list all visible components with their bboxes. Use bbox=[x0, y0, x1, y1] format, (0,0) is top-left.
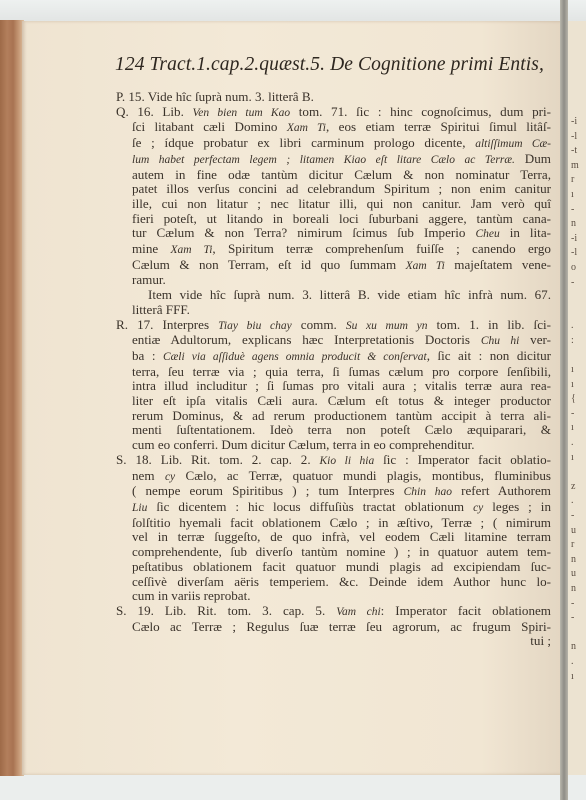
text-line: R. 17. Interpres Tiay biu chay comm. Su … bbox=[116, 318, 551, 334]
italic-term: Chin hao bbox=[404, 486, 452, 498]
facing-page-fragment: - bbox=[571, 203, 585, 218]
running-head-title: Tract.1.cap.2.quæst.5. De Cognitione pri… bbox=[150, 54, 544, 75]
facing-page-fragment bbox=[571, 305, 585, 320]
italic-term: Liu bbox=[132, 502, 147, 514]
text-line: S. 18. Lib. Rit. tom. 2. cap. 2. Kio li … bbox=[116, 453, 551, 469]
text-line: cum in variis reprobat. bbox=[116, 589, 551, 604]
facing-page-fragment: : bbox=[571, 334, 585, 349]
text-line: autem in fine odæ tantùm dicitur Cælum &… bbox=[116, 168, 551, 183]
facing-page-fragment: m bbox=[571, 159, 585, 174]
page-number: 124 bbox=[115, 54, 145, 75]
facing-page-fragment bbox=[571, 465, 585, 480]
text-line: Liu ſic dicentem : hic locus diffuſiùs t… bbox=[116, 500, 551, 516]
text-line: patet illos verſus concini ad celebrandu… bbox=[116, 182, 551, 197]
paragraph-r-17: R. 17. Interpres Tiay biu chay comm. Su … bbox=[116, 318, 551, 453]
text-line: Cælum & non Terram, eſt id quo ſummam Xa… bbox=[116, 258, 551, 274]
page-body-text: P. 15. Vide hîc ſuprà num. 3. litterâ B.… bbox=[116, 90, 551, 649]
facing-page-fragment: - bbox=[571, 611, 585, 626]
paragraph-label: Q. 16. bbox=[116, 104, 162, 119]
facing-page-fragment: - bbox=[571, 276, 585, 291]
scan-background-bottom bbox=[0, 774, 586, 800]
book-gutter bbox=[560, 0, 568, 800]
text-line: vel in terræ ſuggeſto, de quo infrà, vel… bbox=[116, 530, 551, 545]
italic-term: Tiay biu chay bbox=[218, 320, 292, 332]
italic-term: altiſſimum Cæ- bbox=[475, 138, 551, 150]
facing-page-fragment: - bbox=[571, 407, 585, 422]
text-line: ba : Cæli via aſſiduè agens omnia produc… bbox=[116, 349, 551, 365]
facing-page-fragment: -i bbox=[571, 232, 585, 247]
facing-page-fragment: ı bbox=[571, 451, 585, 466]
facing-page-fragment: ı bbox=[571, 670, 585, 685]
italic-term: Cæli via aſſiduè agens omnia producit & … bbox=[163, 351, 427, 363]
running-head: 124 Tract.1.cap.2.quæst.5. De Cognitione… bbox=[115, 54, 560, 76]
text-line: mine Xam Ti, Spiritum terræ comprehenſum… bbox=[116, 242, 551, 258]
text-line: ceſſivè diverſam aëris temperiem. &c. De… bbox=[116, 575, 551, 590]
catchword: tui ; bbox=[116, 634, 551, 649]
text-line: ſe ; ídque probatur ex libri carminum pr… bbox=[116, 136, 551, 152]
facing-page-fragment: ı bbox=[571, 378, 585, 393]
facing-page-fragment: . bbox=[571, 319, 585, 334]
facing-page-fragment bbox=[571, 290, 585, 305]
facing-page-fragment: r bbox=[571, 538, 585, 553]
facing-page-fragment: r bbox=[571, 173, 585, 188]
text-line: litterâ FFF. bbox=[116, 303, 551, 318]
text-line: fieri poteſt, ut litando in boreali loci… bbox=[116, 212, 551, 227]
facing-page-text-fragments: -i-l-tmrı-n-i-lo- .: ıı{-ı.ı z.-urnun-- … bbox=[571, 115, 585, 684]
paragraph-label: S. 18. bbox=[116, 452, 161, 467]
facing-page-fragment: n bbox=[571, 217, 585, 232]
text-line: S. 19. Lib. Rit. tom. 3. cap. 5. Vam chi… bbox=[116, 604, 551, 620]
facing-page-fragment: ı bbox=[571, 363, 585, 378]
text-line: peſtatibus oblationem facit quatuor mund… bbox=[116, 560, 551, 575]
paragraph-q-16: Q. 16. Lib. Ven bien tum Kao tom. 71. ſi… bbox=[116, 105, 551, 318]
text-line: P. 15. Vide hîc ſuprà num. 3. litterâ B. bbox=[116, 90, 551, 105]
text-line: ille, cui non litatur ; nec litatur illi… bbox=[116, 197, 551, 212]
facing-page-fragment: o bbox=[571, 261, 585, 276]
facing-page-fragment: . bbox=[571, 494, 585, 509]
text-line: menti ſuſtentationem. Ideò terra non pot… bbox=[116, 423, 551, 438]
facing-page-fragment: - bbox=[571, 509, 585, 524]
italic-term: Cheu bbox=[475, 228, 499, 240]
text-line: nem cy Cælo, ac Terræ, quatuor mundi pla… bbox=[116, 469, 551, 485]
facing-page-fragment: ı bbox=[571, 188, 585, 203]
text-line: terra, ſeu terræ via ; quia terra, ſi ſu… bbox=[116, 365, 551, 380]
book-page-edges bbox=[0, 20, 24, 776]
paragraph-s-18: S. 18. Lib. Rit. tom. 2. cap. 2. Kio li … bbox=[116, 453, 551, 604]
facing-page-fragment bbox=[571, 626, 585, 641]
facing-page-fragment: n bbox=[571, 553, 585, 568]
text-line: rerum Dominus, & ad rerum productionem t… bbox=[116, 409, 551, 424]
text-line: ſci litabant cæli Domino Xam Ti, eos eti… bbox=[116, 120, 551, 136]
italic-term: Chu hi bbox=[481, 335, 520, 347]
text-line: entiæ Adultorum, explicans hæc Interpret… bbox=[116, 333, 551, 349]
italic-term: Su xu mum yn bbox=[346, 320, 428, 332]
paragraph-s-19: S. 19. Lib. Rit. tom. 3. cap. 5. Vam chi… bbox=[116, 604, 551, 649]
paragraph-label: R. 17. bbox=[116, 317, 163, 332]
facing-page-fragment bbox=[571, 349, 585, 364]
text-line: comprehendente, ſub diverſo tantùm nomin… bbox=[116, 545, 551, 560]
facing-page-fragment: { bbox=[571, 392, 585, 407]
facing-page-fragment: -l bbox=[571, 130, 585, 145]
italic-term: Vam chi bbox=[336, 606, 380, 618]
paragraph-p-15: P. 15. Vide hîc ſuprà num. 3. litterâ B. bbox=[116, 90, 551, 105]
facing-page-fragment: u bbox=[571, 567, 585, 582]
text-line: ramur. bbox=[116, 273, 551, 288]
facing-page-fragment: z bbox=[571, 480, 585, 495]
italic-term: lum habet perfectam legem ; litamen Kiao… bbox=[132, 154, 515, 166]
text-line: ſolſtitio hyemali facit oblationem Cælo … bbox=[116, 516, 551, 531]
facing-page-fragment: -i bbox=[571, 115, 585, 130]
paragraph-label: P. 15. bbox=[116, 89, 148, 104]
italic-term: cy bbox=[473, 502, 483, 514]
text-line: intra illud includitur ; ſi ſumas pro vi… bbox=[116, 379, 551, 394]
text-line: Q. 16. Lib. Ven bien tum Kao tom. 71. ſi… bbox=[116, 105, 551, 121]
facing-page-fragment: -l bbox=[571, 246, 585, 261]
italic-term: Xam Ti bbox=[406, 260, 445, 272]
text-line: lum habet perfectam legem ; litamen Kiao… bbox=[116, 152, 551, 168]
scan-background-top bbox=[0, 0, 586, 22]
italic-term: Kio li hia bbox=[320, 455, 375, 467]
text-line: Item vide hîc ſuprà num. 3. litterâ B. v… bbox=[116, 288, 551, 303]
facing-page-fragment: . bbox=[571, 436, 585, 451]
paragraph-label: S. 19. bbox=[116, 603, 165, 618]
text-line: liter eſt ipſa vitalis Cæli aura. Cælum … bbox=[116, 394, 551, 409]
text-line: tur Cælum & non Terra? nimirum ſcimus ſu… bbox=[116, 226, 551, 242]
text-line: cum eo conferri. Dum dicitur Cælum, terr… bbox=[116, 438, 551, 453]
italic-term: Ven bien tum Kao bbox=[193, 107, 291, 119]
facing-page-fragment: . bbox=[571, 655, 585, 670]
facing-page-fragment: n bbox=[571, 582, 585, 597]
italic-term: Xam Ti bbox=[170, 244, 212, 256]
facing-page-fragment: ı bbox=[571, 421, 585, 436]
italic-term: cy bbox=[165, 471, 175, 483]
facing-page-fragment: u bbox=[571, 524, 585, 539]
facing-page-fragment: - bbox=[571, 597, 585, 612]
facing-page-fragment: n bbox=[571, 640, 585, 655]
text-line: ( nempe eorum Spiritibus ) ; tum Interpr… bbox=[116, 484, 551, 500]
text-line: Cælo ac Terræ ; Regulus ſuæ terræ ſeu ag… bbox=[116, 620, 551, 635]
facing-page-fragment: -t bbox=[571, 144, 585, 159]
italic-term: Xam Ti bbox=[287, 122, 326, 134]
